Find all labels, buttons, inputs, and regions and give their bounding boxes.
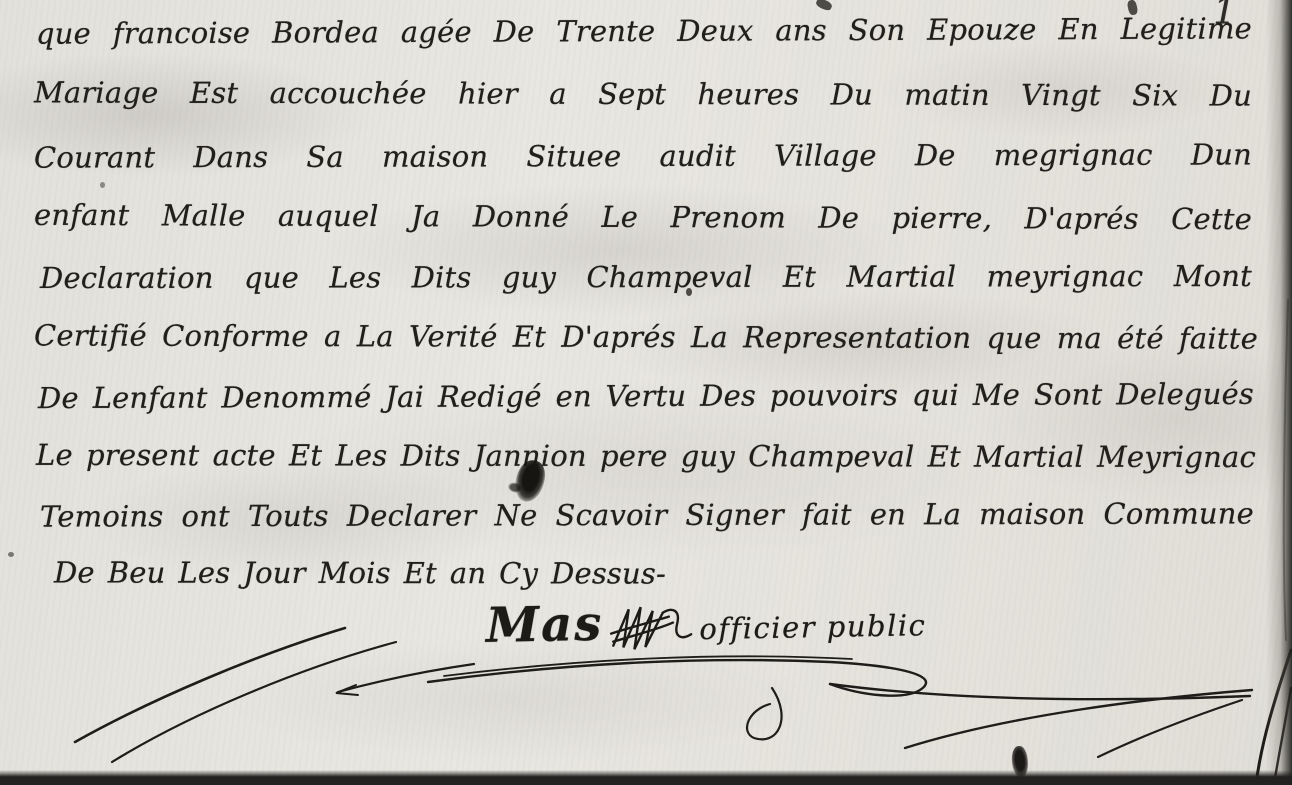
manuscript-line: Temoins ont Touts Declarer Ne Scavoir Si… — [40, 498, 1254, 533]
manuscript-line: enfant Malle auquel Ja Donné Le Prenom D… — [34, 200, 1252, 236]
scan-bottom-edge — [0, 770, 1292, 785]
manuscript-line: Mariage Est accouchée hier a Sept heures… — [34, 77, 1252, 112]
signature-block: Mas officier public — [486, 594, 927, 658]
manuscript-line: Declaration que Les Dits guy Champeval E… — [40, 261, 1252, 295]
manuscript-line: Courant Dans Sa maison Situee audit Vill… — [34, 139, 1252, 174]
manuscript-line: De Lenfant Denommé Jai Redigé en Vertu D… — [38, 379, 1254, 415]
signature-title: officier public — [699, 608, 927, 646]
ink-speck — [100, 182, 105, 188]
manuscript-line: Le present acte Et Les Dits Jannion pere… — [36, 440, 1256, 474]
manuscript-line: Certifié Conforme a La Verité Et D'aprés… — [34, 320, 1258, 355]
manuscript-line: que francoise Bordea agée De Trente Deux… — [36, 13, 1252, 50]
manuscript-line: De Beu Les Jour Mois Et an Cy Dessus- — [54, 557, 666, 590]
cut-off-stroke — [815, 0, 833, 12]
ink-speck — [8, 552, 14, 557]
manuscript-scan: 1 que francoise Bordea agée De Trente De… — [0, 0, 1292, 785]
ink-speck — [686, 288, 692, 296]
signature-paraph-icon — [607, 600, 696, 656]
page-edge-shadow — [1266, 0, 1292, 785]
signature-name: Mas — [486, 600, 604, 650]
